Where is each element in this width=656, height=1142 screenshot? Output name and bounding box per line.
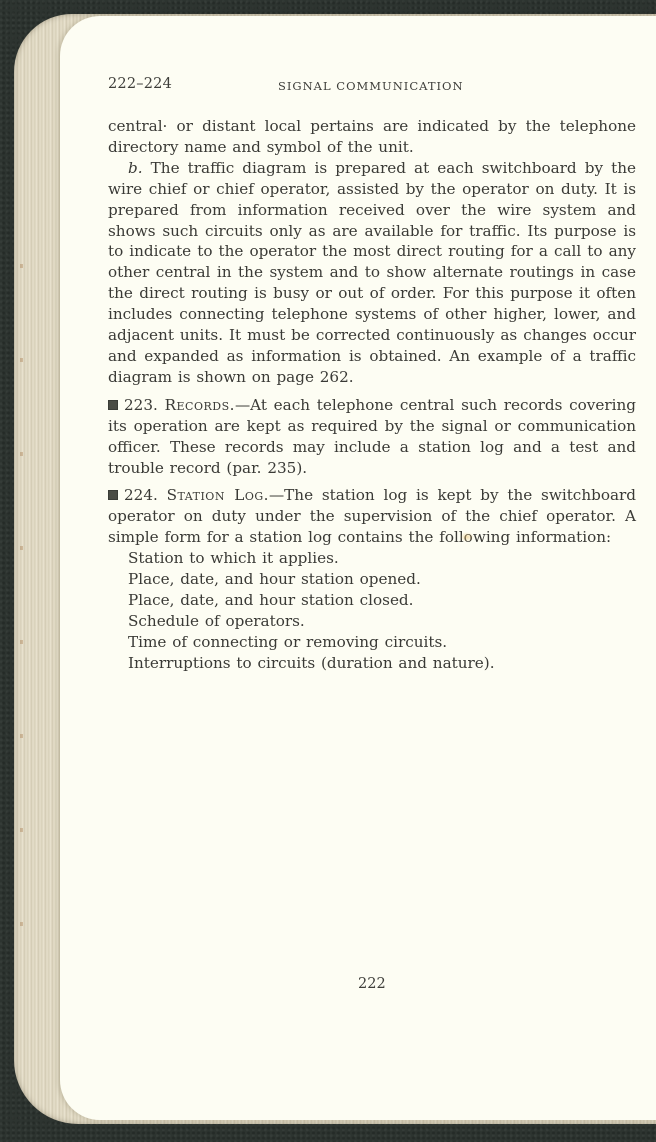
section-range: 222–224 bbox=[108, 76, 172, 92]
section-223: 223. Records.—At each telephone central … bbox=[108, 395, 636, 479]
list-item: Interruptions to circuits (duration and … bbox=[108, 653, 636, 674]
body-text: central· or distant local pertains are i… bbox=[108, 116, 636, 674]
section-marker-icon bbox=[108, 400, 118, 410]
section-223-dash: — bbox=[235, 396, 250, 414]
list-item: Time of connecting or removing circuits. bbox=[108, 632, 636, 653]
page-number: 222 bbox=[358, 976, 386, 992]
running-head: 222–224 SIGNAL COMMUNICATION bbox=[108, 76, 638, 96]
list-item: Place, date, and hour station opened. bbox=[108, 569, 636, 590]
section-224: 224. Station Log.—The station log is kep… bbox=[108, 485, 636, 548]
list-item: Place, date, and hour station closed. bbox=[108, 590, 636, 611]
list-item: Schedule of operators. bbox=[108, 611, 636, 632]
section-223-number: 223. bbox=[124, 396, 158, 414]
running-title: SIGNAL COMMUNICATION bbox=[278, 79, 464, 93]
station-log-items: Station to which it applies. Place, date… bbox=[108, 548, 636, 673]
section-224-title: Station Log. bbox=[167, 486, 269, 504]
paper-stain bbox=[460, 532, 474, 542]
book-page: 222–224 SIGNAL COMMUNICATION central· or… bbox=[60, 16, 656, 1120]
paragraph-b-label: b. bbox=[128, 159, 143, 177]
section-marker-icon bbox=[108, 490, 118, 500]
paragraph-b: b. The traffic diagram is prepared at ea… bbox=[108, 158, 636, 388]
paragraph-b-text: The traffic diagram is prepared at each … bbox=[108, 159, 636, 386]
list-item: Station to which it applies. bbox=[108, 548, 636, 569]
section-224-number: 224. bbox=[124, 486, 158, 504]
section-224-dash: — bbox=[269, 486, 284, 504]
paragraph-a-continuation: central· or distant local pertains are i… bbox=[108, 116, 636, 158]
section-223-title: Records. bbox=[165, 396, 235, 414]
